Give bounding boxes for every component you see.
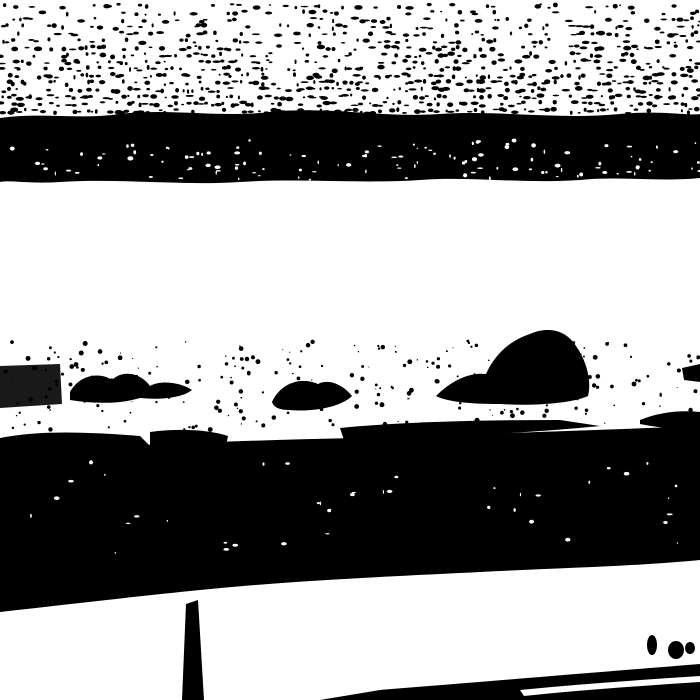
upper-black-band — [0, 110, 700, 183]
photo-canvas — [0, 0, 700, 700]
bw-photograph — [0, 0, 700, 700]
